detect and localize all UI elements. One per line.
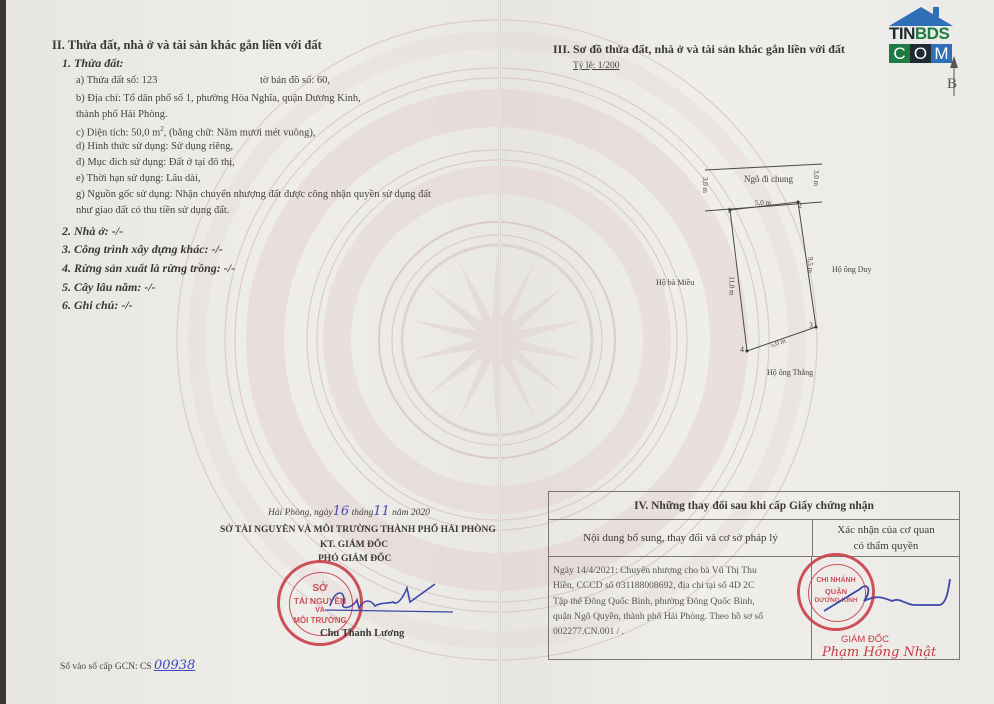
point-1: 1 <box>727 206 731 215</box>
area-post: , (bằng chữ: Năm mươi mét vuông), <box>164 128 316 139</box>
neighbor-bottom: Hộ ông Thắng <box>767 368 813 377</box>
changes-title: IV. Những thay đổi sau khi cấp Giấy chứn… <box>549 492 959 520</box>
confirm-role: GIÁM ĐỐC <box>841 634 889 645</box>
place-date-pre: Hải Phòng, ngày <box>268 508 333 518</box>
logo-bds: BDS <box>915 24 949 43</box>
year-label: năm 2020 <box>392 508 430 518</box>
origin-line-1: g) Nguồn gốc sử dụng: Nhận chuyển nhượng… <box>76 189 431 200</box>
registry-value: 00938 <box>154 658 195 673</box>
logo-c: C <box>889 44 910 63</box>
item-other-construction: 3. Công trình xây dựng khác: -/- <box>62 242 223 257</box>
use-term-line: e) Thời hạn sử dụng: Lâu dài, <box>76 173 200 184</box>
entry-line-5: 002277.CN.001 / . <box>553 624 811 639</box>
area-pre: c) Diện tích: 50,0 m <box>76 128 160 139</box>
entry-line-4: quận Ngô Quyền, thành phố Hải Phòng. The… <box>553 609 811 624</box>
section-iii-title: III. Sơ đồ thửa đất, nhà ở và tài sản kh… <box>553 42 845 57</box>
map-sheet-number: tờ bản đồ số: 60, <box>260 75 330 86</box>
registry-number: Số vào sổ cấp GCN: CS 00938 <box>60 658 195 673</box>
lane-label: Ngõ đi chung <box>744 174 793 184</box>
signer-role-1: KT. GIÁM ĐỐC <box>320 540 388 550</box>
changes-col2-header: Xác nhận của cơ quan có thẩm quyền <box>813 520 959 557</box>
use-form-line: d) Hình thức sử dụng: Sử dụng riêng, <box>76 141 233 152</box>
changes-entry: Ngày 14/4/2021: Chuyển nhượng cho bà Vũ … <box>549 557 812 659</box>
parcel-subtitle: 1. Thửa đất: <box>62 56 124 71</box>
edge-left-length: 11,0 m <box>728 276 736 295</box>
map-scale: Tỷ lệ: 1/200 <box>573 61 619 71</box>
parcel-diagram <box>690 160 930 390</box>
section-ii-title: II. Thửa đất, nhà ở và tài sản khác gắn … <box>52 38 322 53</box>
use-purpose-line: đ) Mục đích sử dụng: Đất ở tại đô thị, <box>76 157 235 168</box>
tinbds-logo: TINBDS C O M <box>887 5 955 65</box>
book-spine <box>498 0 501 704</box>
point-4: 4 <box>740 345 744 354</box>
neighbor-right: Hộ ông Duy <box>832 265 872 274</box>
north-label: B <box>947 76 957 93</box>
logo-text-top: TINBDS <box>889 25 949 43</box>
signature-right <box>820 575 960 615</box>
place-date: Hải Phòng, ngày16 tháng11 năm 2020 <box>268 504 430 519</box>
parcel-number: a) Thửa đất số: 123 <box>76 75 157 86</box>
date-day: 16 <box>333 504 350 519</box>
issuing-agency: SỞ TÀI NGUYÊN VÀ MÔI TRƯỜNG THÀNH PHỐ HẢ… <box>220 525 496 535</box>
entry-line-1: Ngày 14/4/2021: Chuyển nhượng cho bà Vũ … <box>553 563 811 578</box>
address-line-1: b) Địa chỉ: Tổ dân phố số 1, phường Hòa … <box>76 93 361 104</box>
signature-left <box>325 578 455 618</box>
area-line: c) Diện tích: 50,0 m2, (bằng chữ: Năm mư… <box>76 125 315 139</box>
neighbor-left: Hộ bà Miều <box>656 278 694 287</box>
item-notes: 6. Ghi chú: -/- <box>62 298 133 313</box>
item-perennial-trees: 5. Cây lâu năm: -/- <box>62 280 156 295</box>
col2-header-line-2: có thẩm quyền <box>854 538 919 554</box>
logo-text-bottom: C O M <box>889 44 952 63</box>
point-2: 2 <box>798 201 802 210</box>
registry-label: Số vào sổ cấp GCN: CS <box>60 662 152 672</box>
lane-width-right: 3,0 m <box>812 170 820 186</box>
changes-col1-header: Nội dung bổ sung, thay đổi và cơ sở pháp… <box>549 520 813 557</box>
origin-line-2: như giao đất có thu tiền sử dụng đất. <box>76 205 229 216</box>
address-line-2: thành phố Hải Phòng. <box>76 109 168 120</box>
month-label: tháng <box>352 508 374 518</box>
logo-o: O <box>910 44 931 63</box>
edge-top-length: 5,0 m <box>755 199 771 207</box>
point-3: 3 <box>809 321 813 330</box>
entry-line-3: Tập thể Đông Quốc Bình, phường Đông Quốc… <box>553 594 811 609</box>
date-month: 11 <box>373 504 390 519</box>
item-planted-forest: 4. Rừng sản xuất là rừng trồng: -/- <box>62 261 235 276</box>
confirm-signer: Phạm Hồng Nhật <box>822 645 936 660</box>
edge-right-length: 9,5 m <box>806 257 814 273</box>
col2-header-line-1: Xác nhận của cơ quan <box>837 522 934 538</box>
logo-m: M <box>931 44 952 63</box>
entry-line-2: Hiền, CCCD số 031188008692, địa chỉ tại … <box>553 578 811 593</box>
item-house: 2. Nhà ở: -/- <box>62 224 123 239</box>
lane-width-left: 3,0 m <box>701 177 709 193</box>
logo-tin: TIN <box>889 24 915 43</box>
signer-name: Chu Thanh Lương <box>320 628 404 639</box>
